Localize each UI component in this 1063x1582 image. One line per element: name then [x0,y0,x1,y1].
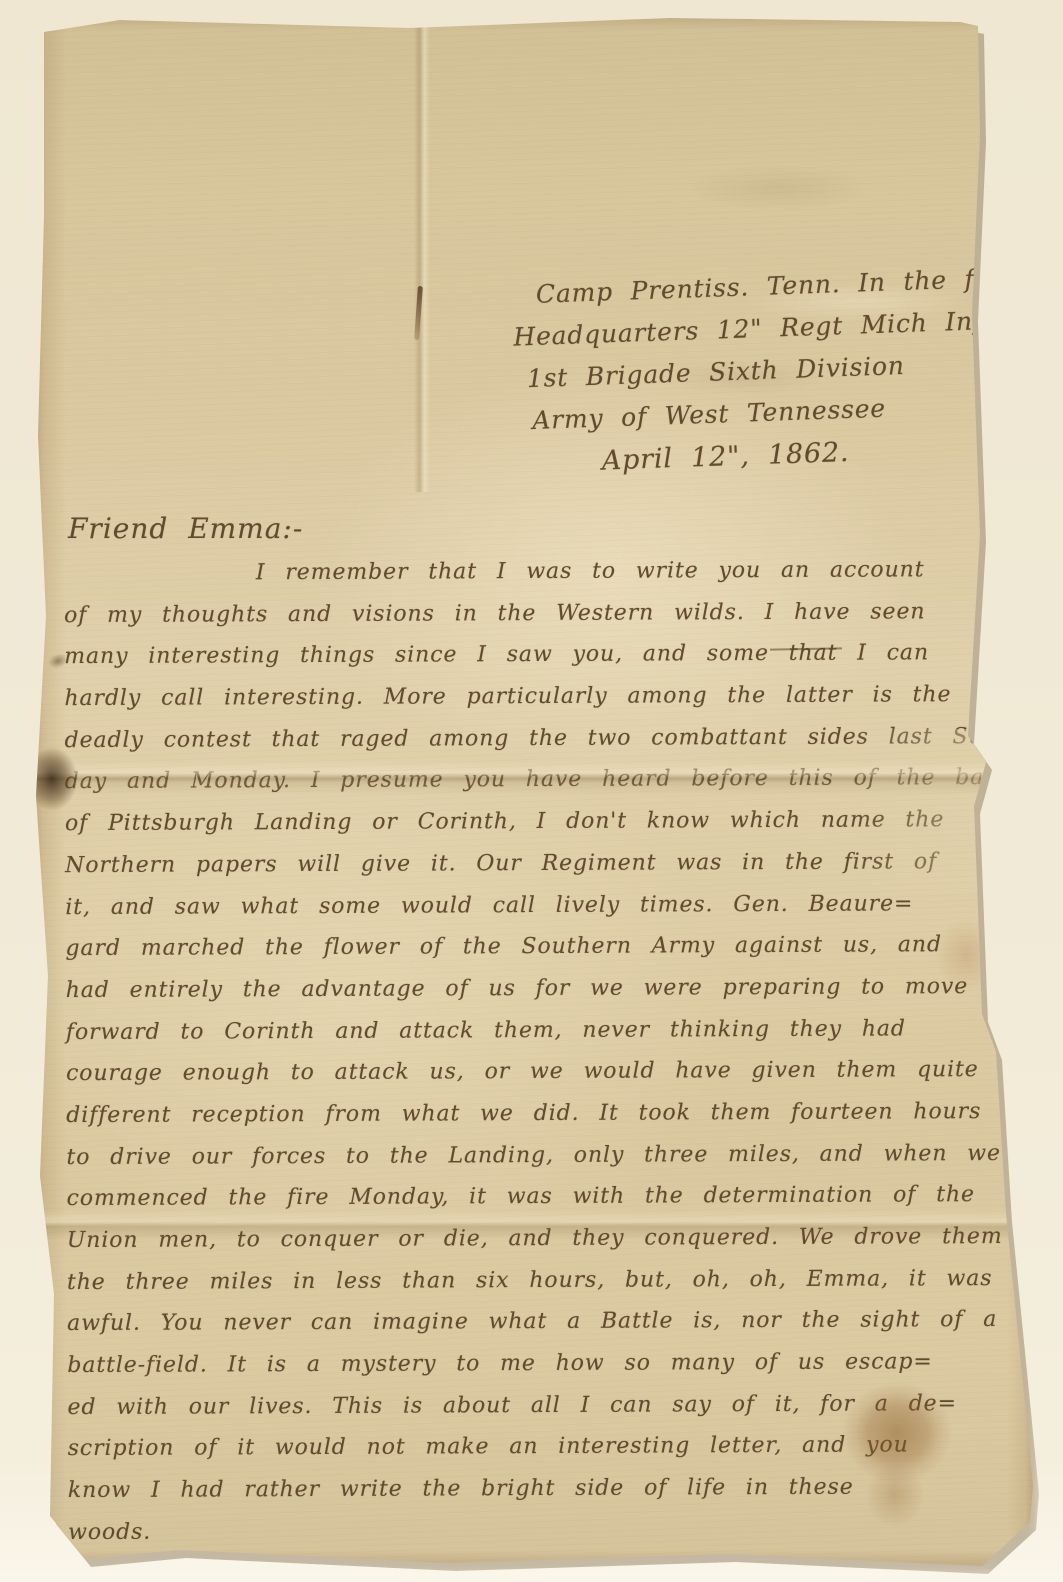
body-line: hardly call interesting. More particular… [64,682,1009,728]
body-line: of my thoughts and visions in the Wester… [64,599,1009,645]
brown-stain-small [866,1462,924,1528]
body-line: of Pittsburgh Landing or Corinth, I don'… [65,807,1010,853]
body-line: I remember that I was to write you an ac… [64,557,1009,603]
body-line: different reception from what we did. It… [66,1099,1011,1145]
body-line: awful. You never can imagine what a Batt… [67,1307,1012,1353]
body-line: courage enough to attack us, or we would… [66,1057,1011,1103]
body-line: forward to Corinth and attack them, neve… [66,1016,1011,1062]
body-line: had entirely the advantage of us for we … [66,974,1011,1020]
body-line: deadly contest that raged among the two … [65,724,1010,770]
body-line: many interesting things since I saw you,… [64,640,1009,686]
letter-paper: Camp Prentiss. Tenn. In the field Headqu… [30,14,1035,1570]
body-line: commenced the fire Monday, it was with t… [67,1182,1012,1228]
body-line: Union men, to conquer or die, and they c… [67,1224,1012,1270]
body-line: the three miles in less than six hours, … [67,1266,1012,1312]
photo-background-mat: Camp Prentiss. Tenn. In the field Headqu… [0,0,1063,1582]
vertical-crease [414,22,430,492]
body-line: to drive our forces to the Landing, only… [66,1141,1011,1187]
letter-heading-block: Camp Prentiss. Tenn. In the field Headqu… [511,264,1008,491]
body-line: day and Monday. I presume you have heard… [65,765,1010,811]
body-line: gard marched the flower of the Southern … [65,932,1010,978]
fold-edge-dark-blot [26,747,78,811]
body-line: Northern papers will give it. Our Regime… [65,849,1010,895]
salutation: Friend Emma:- [68,512,303,545]
body-line: it, and saw what some would call lively … [65,890,1010,936]
